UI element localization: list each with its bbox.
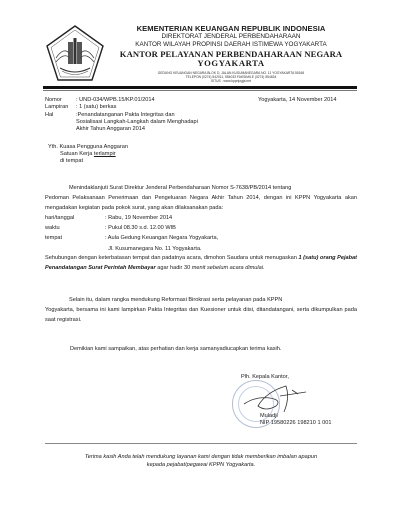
paragraph-2: Sehubungan dengan keterbatasan tempat da… xyxy=(45,253,357,273)
detail-label: tempat xyxy=(45,233,105,243)
office-name-line1: KANTOR PELAYANAN PERBENDAHARAAN NEGARA xyxy=(108,50,354,59)
closing-paragraph: Demikian kami sampaikan, atas perhatian … xyxy=(70,344,350,354)
paragraph-1-rest: Pedoman Pelaksanaan Penerimaan dan Penge… xyxy=(45,193,357,213)
regional-office-name: KANTOR WILAYAH PROPINSI DAERAH ISTIMEWA … xyxy=(108,42,354,48)
footer-divider xyxy=(45,443,357,444)
letterhead-divider xyxy=(43,86,357,89)
ministry-name: KEMENTERIAN KEUANGAN REPUBLIK INDONESIA xyxy=(108,25,354,33)
recipient-block: Yth. Kuasa Pengguna Anggaran Satuan Kerj… xyxy=(48,144,128,166)
recipient-line3: di tempat xyxy=(48,158,128,165)
detail-label: waktu xyxy=(45,223,105,233)
paragraph-2-mid: agar hadir 30 xyxy=(156,265,192,271)
paragraph-2-end: . xyxy=(263,265,265,271)
office-name-line2: YOGYAKARTA xyxy=(108,59,354,68)
paragraph-3-rest: Yogyakarta, bersama ini kami lampirkan P… xyxy=(45,305,357,325)
paragraph-1: Menindaklanjuti Surat Direktur Jenderal … xyxy=(45,183,357,214)
detail-row-date: hari/tanggal : Rabu, 19 November 2014 xyxy=(45,213,218,223)
signatory-nip: NIP 19580226 198210 1 001 xyxy=(260,420,331,427)
meta-subject: Hal :Penandatanganan Pakta Integritas da… xyxy=(45,112,236,134)
footer-note: Terima kasih Anda telah mendukung layana… xyxy=(45,453,357,469)
subject-value: :Penandatanganan Pakta Integritas dan So… xyxy=(76,112,236,134)
detail-value: : Pukul 08.30 s.d. 12.00 WIB xyxy=(105,223,176,233)
subject-line1: :Penandatanganan Pakta Integritas dan xyxy=(76,112,175,118)
number-label: Nomor xyxy=(45,97,76,104)
number-value: : UND-034/WPB.15/KP.01/2014 xyxy=(76,97,236,104)
paragraph-1-first-line: Menindaklanjuti Surat Direktur Jenderal … xyxy=(45,183,357,193)
place-date: Yogyakarta, 14 November 2014 xyxy=(258,97,336,104)
recipient-line1: Kuasa Pengguna Anggaran xyxy=(60,144,128,150)
detail-value: : Rabu, 19 November 2014 xyxy=(105,213,172,223)
detail-row-place: tempat : Aula Gedung Keuangan Negara Yog… xyxy=(45,233,218,243)
paragraph-2-italic: menit sebelum acara dimulai xyxy=(192,265,263,271)
footer-line2: kepada pejabat/pegawai KPPN Yogyakarta. xyxy=(45,461,357,469)
attachment-value: : 1 (satu) berkas xyxy=(76,104,236,111)
signatory-name: Muladji xyxy=(260,413,331,420)
footer-line1: Terima kasih Anda telah mendukung layana… xyxy=(45,453,357,461)
paragraph-3-first-line: Selain itu, dalam rangka mendukung Refor… xyxy=(45,295,357,305)
signatory-title: Plh. Kepala Kantor, xyxy=(241,374,289,381)
letter-page: KEMENTERIAN KEUANGAN REPUBLIK INDONESIA … xyxy=(0,0,400,518)
detail-value: : Aula Gedung Keuangan Negara Yogyakarta… xyxy=(105,233,218,243)
ministry-emblem-icon xyxy=(44,24,106,84)
office-address: GEDUNG KEUANGAN NEGARA BLOK D, JALAN KUS… xyxy=(108,71,354,83)
signatory-block: Muladji NIP 19580226 198210 1 001 xyxy=(260,413,331,427)
meta-number: Nomor : UND-034/WPB.15/KP.01/2014 xyxy=(45,97,236,104)
directorate-name: DIREKTORAT JENDERAL PERBENDAHARAAN xyxy=(108,34,354,40)
letter-meta: Nomor : UND-034/WPB.15/KP.01/2014 Lampir… xyxy=(45,97,236,133)
subject-label: Hal xyxy=(45,112,76,134)
handwritten-signature-icon xyxy=(236,378,316,418)
paragraph-2-start: Sehubungan dengan keterbatasan tempat da… xyxy=(45,255,298,261)
letterhead-divider-thin xyxy=(43,90,357,91)
recipient-line2: Satuan Kerja xyxy=(60,151,94,157)
letterhead: KEMENTERIAN KEUANGAN REPUBLIK INDONESIA … xyxy=(108,24,354,83)
detail-row-time: waktu : Pukul 08.30 s.d. 12.00 WIB xyxy=(45,223,218,233)
attachment-label: Lampiran xyxy=(45,104,76,111)
subject-line2: Sosialisasi Langkah-Langkah dalam Mengha… xyxy=(76,119,198,125)
detail-label: hari/tanggal xyxy=(45,213,105,223)
subject-line3: Akhir Tahun Anggaran 2014 xyxy=(76,126,145,132)
event-details: hari/tanggal : Rabu, 19 November 2014 wa… xyxy=(45,213,218,254)
meta-attachment: Lampiran : 1 (satu) berkas xyxy=(45,104,236,111)
website-line: SITUS : www.kppnjogja.net xyxy=(108,79,354,83)
paragraph-3: Selain itu, dalam rangka mendukung Refor… xyxy=(45,295,357,326)
recipient-prefix: Yth. xyxy=(48,144,58,150)
attachment-link[interactable]: terlampir xyxy=(94,151,116,157)
